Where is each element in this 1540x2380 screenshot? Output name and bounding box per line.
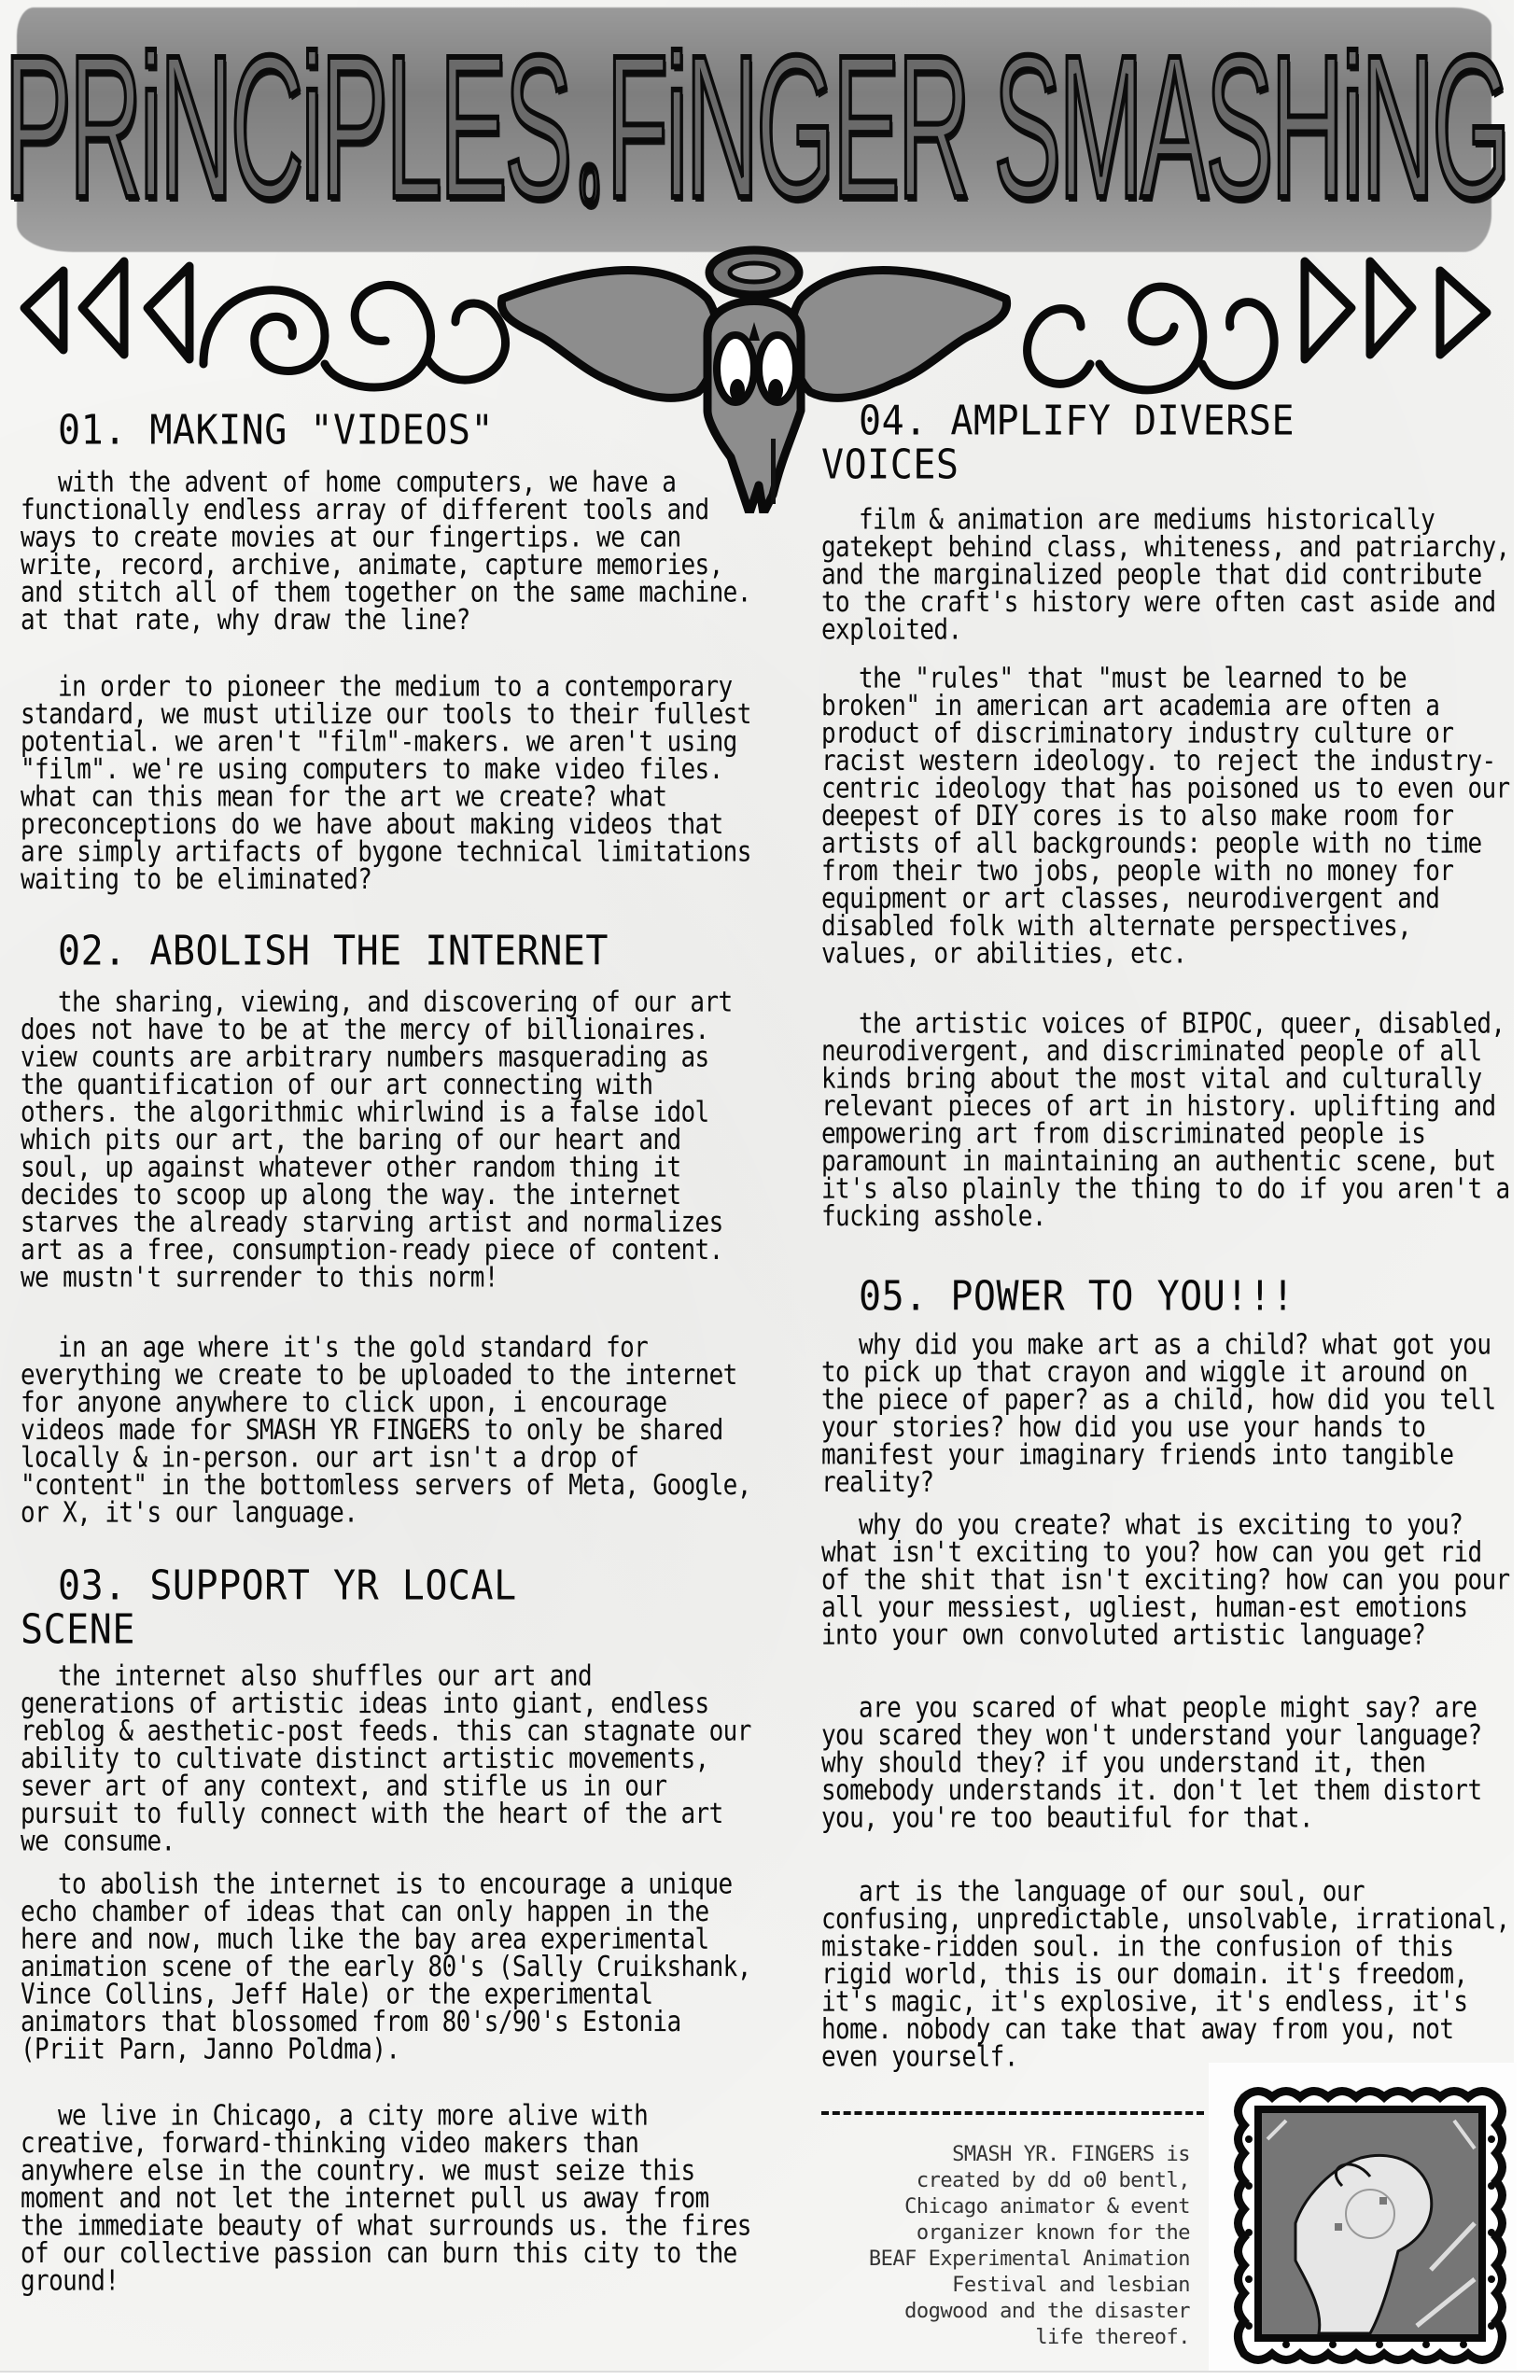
- section-paragraph: the sharing, viewing, and discovering of…: [21, 989, 758, 1293]
- section-paragraph: we live in Chicago, a city more alive wi…: [21, 2103, 758, 2296]
- section-05: 05. POWER TO YOU!!!: [821, 1275, 1512, 1315]
- page-title: PRiNCiPLES o FiNGER SMASHiNG: [397, 21, 1115, 235]
- section-paragraph: why did you make art as a child? what go…: [821, 1332, 1517, 1497]
- section-paragraph: why do you create? what is exciting to y…: [821, 1512, 1517, 1650]
- center-drip-line: [771, 439, 776, 504]
- section-paragraph: the internet also shuffles our art and g…: [21, 1663, 758, 1856]
- section-paragraph: in order to pioneer the medium to a cont…: [21, 674, 758, 894]
- section-paragraph: film & animation are mediums historicall…: [821, 507, 1517, 645]
- page-bottom-edge: [0, 2371, 1540, 2380]
- section-paragraph: the artistic voices of BIPOC, queer, dis…: [821, 1011, 1517, 1231]
- section-paragraph: are you scared of what people might say?…: [821, 1695, 1517, 1833]
- section-paragraph: with the advent of home computers, we ha…: [21, 469, 758, 635]
- title-connector: o: [579, 142, 596, 217]
- section-heading: 03. SUPPORT YR LOCAL SCENE: [21, 1564, 599, 1653]
- section-heading: 02. ABOLISH THE INTERNET: [21, 930, 758, 973]
- creator-credit: SMASH YR. FINGERS is created by dd o0 be…: [812, 2142, 1190, 2351]
- title-part-1: PRiNCiPLES: [4, 26, 569, 230]
- section-heading: 01. MAKING "VIDEOS": [21, 409, 758, 453]
- section-01: 01. MAKING "VIDEOS": [21, 409, 758, 449]
- section-paragraph: in an age where it's the gold standard f…: [21, 1335, 758, 1528]
- section-paragraph: to abolish the internet is to encourage …: [21, 1871, 758, 2065]
- section-04: 04. AMPLIFY DIVERSE VOICES: [821, 399, 1419, 480]
- section-paragraph: art is the language of our soul, our con…: [821, 1879, 1517, 2072]
- portrait-stamp-icon: [1230, 2083, 1510, 2368]
- section-heading: 04. AMPLIFY DIVERSE VOICES: [821, 399, 1419, 488]
- footer-divider: [821, 2111, 1204, 2115]
- section-02: 02. ABOLISH THE INTERNET: [21, 930, 758, 970]
- section-heading: 05. POWER TO YOU!!!: [821, 1275, 1512, 1319]
- section-03: 03. SUPPORT YR LOCAL SCENE: [21, 1564, 599, 1645]
- section-paragraph: the "rules" that "must be learned to be …: [821, 665, 1517, 969]
- title-part-2: FiNGER SMASHiNG: [606, 26, 1507, 230]
